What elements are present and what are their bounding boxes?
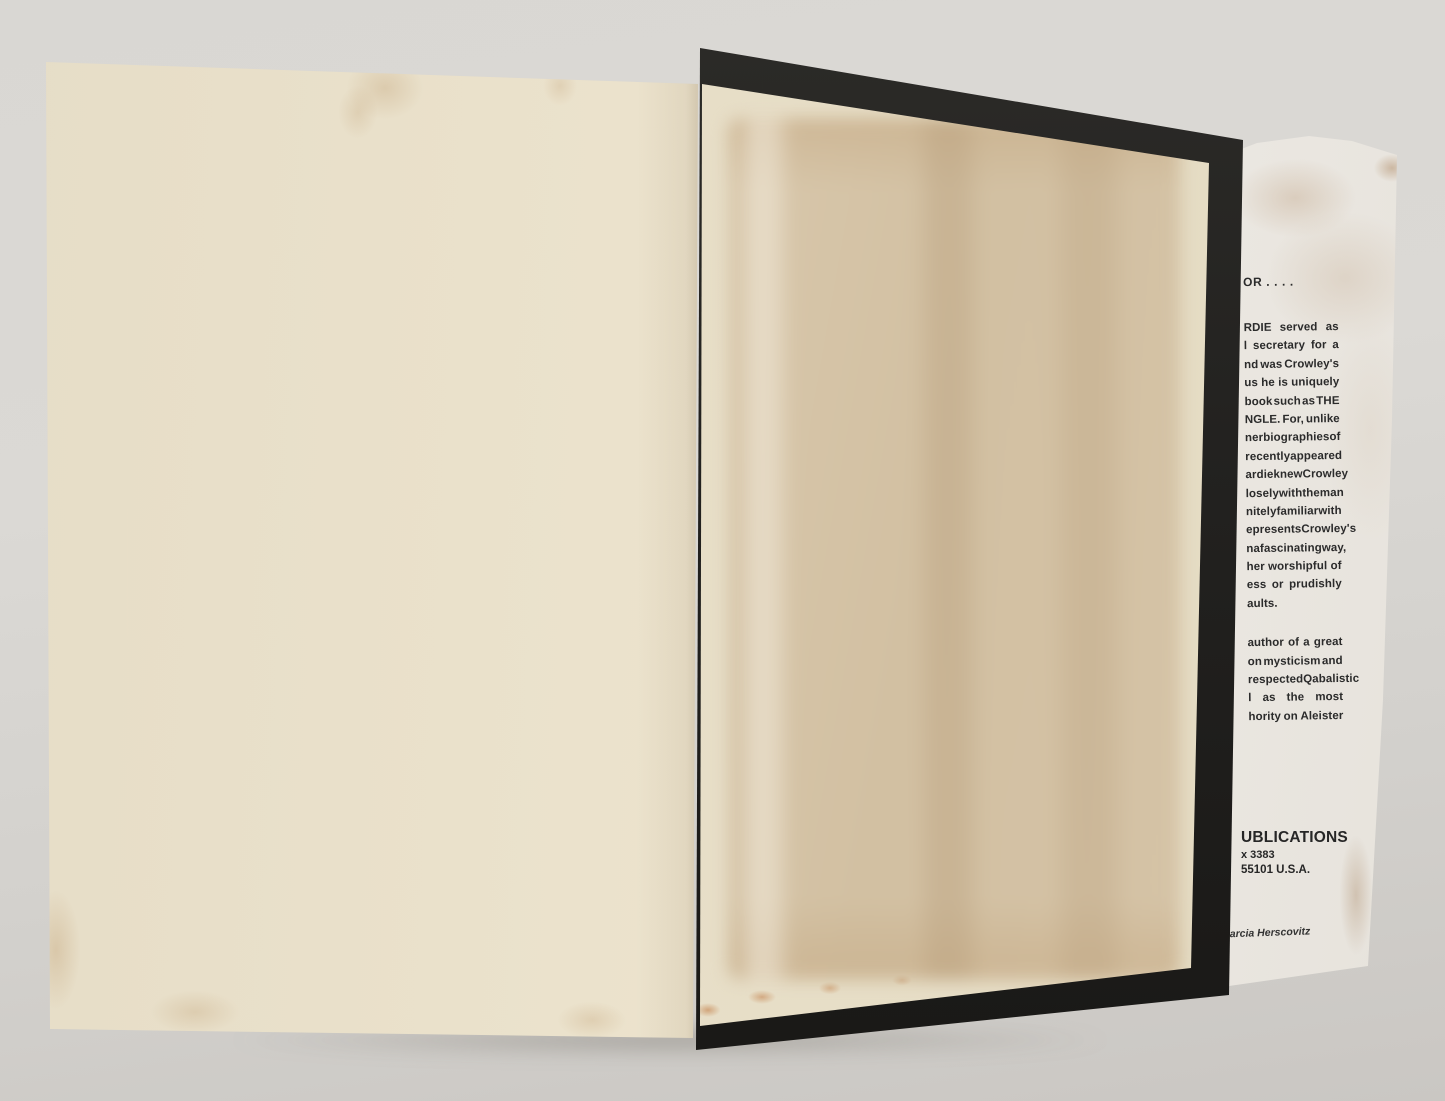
flap-text-line: usheisuniquely <box>1244 373 1339 393</box>
flap-text-line: booksuchasTHE <box>1244 392 1339 412</box>
toned-offset-stain <box>728 118 1180 980</box>
flap-text-line: nitelyfamiliarwith <box>1246 502 1341 522</box>
flap-text-line: nerbiographiesof <box>1245 428 1340 448</box>
photo-open-book: OR . . . . RDIEservedaslsecretaryforandw… <box>0 0 1445 1101</box>
flap-text-line: herworshipfulof <box>1246 557 1341 577</box>
publisher-name: UBLICATIONS <box>1241 829 1348 846</box>
flap-text-line: loselywiththeman <box>1246 483 1341 503</box>
flap-intro-line: OR . . . . <box>1243 272 1338 291</box>
flap-text-line: recentlyappeared <box>1245 447 1340 467</box>
publisher-address-line: 55101 U.S.A. <box>1241 864 1348 876</box>
publisher-block: UBLICATIONS x 3383 55101 U.S.A. <box>1241 829 1348 876</box>
flap-text-line: aults. <box>1247 594 1342 614</box>
photo-credit: Marcia Herscovitz <box>1221 925 1311 940</box>
flap-text-line: horityonAleister <box>1248 707 1343 727</box>
flap-paragraph-1: RDIEservedaslsecretaryforandwasCrowley's… <box>1244 318 1343 613</box>
flap-text-line: nafascinatingway, <box>1246 539 1341 559</box>
flap-text-line: essorprudishly <box>1247 575 1342 595</box>
flap-text-line: ardieknewCrowley <box>1245 465 1340 485</box>
flap-text-line: authorofagreat <box>1247 633 1342 653</box>
flap-text-column: OR . . . . RDIEservedaslsecretaryforandw… <box>1243 272 1344 726</box>
flap-text-line: lsecretaryfora <box>1244 336 1339 356</box>
flap-text-line: respectedQabalistic <box>1248 670 1343 690</box>
flap-paragraph-2: authorofagreatonmysticismandrespectedQab… <box>1247 633 1343 726</box>
flap-text-line: RDIEservedas <box>1244 318 1339 338</box>
flap-text-line: ndwasCrowley's <box>1244 355 1339 375</box>
flap-text-line: epresentsCrowley's <box>1246 520 1341 540</box>
publisher-box-line: x 3383 <box>1241 849 1348 861</box>
flap-text-line: onmysticismand <box>1248 652 1343 672</box>
flap-text-line: lasthemost <box>1248 688 1343 708</box>
flap-text-line: NGLE.For,unlike <box>1245 410 1340 430</box>
